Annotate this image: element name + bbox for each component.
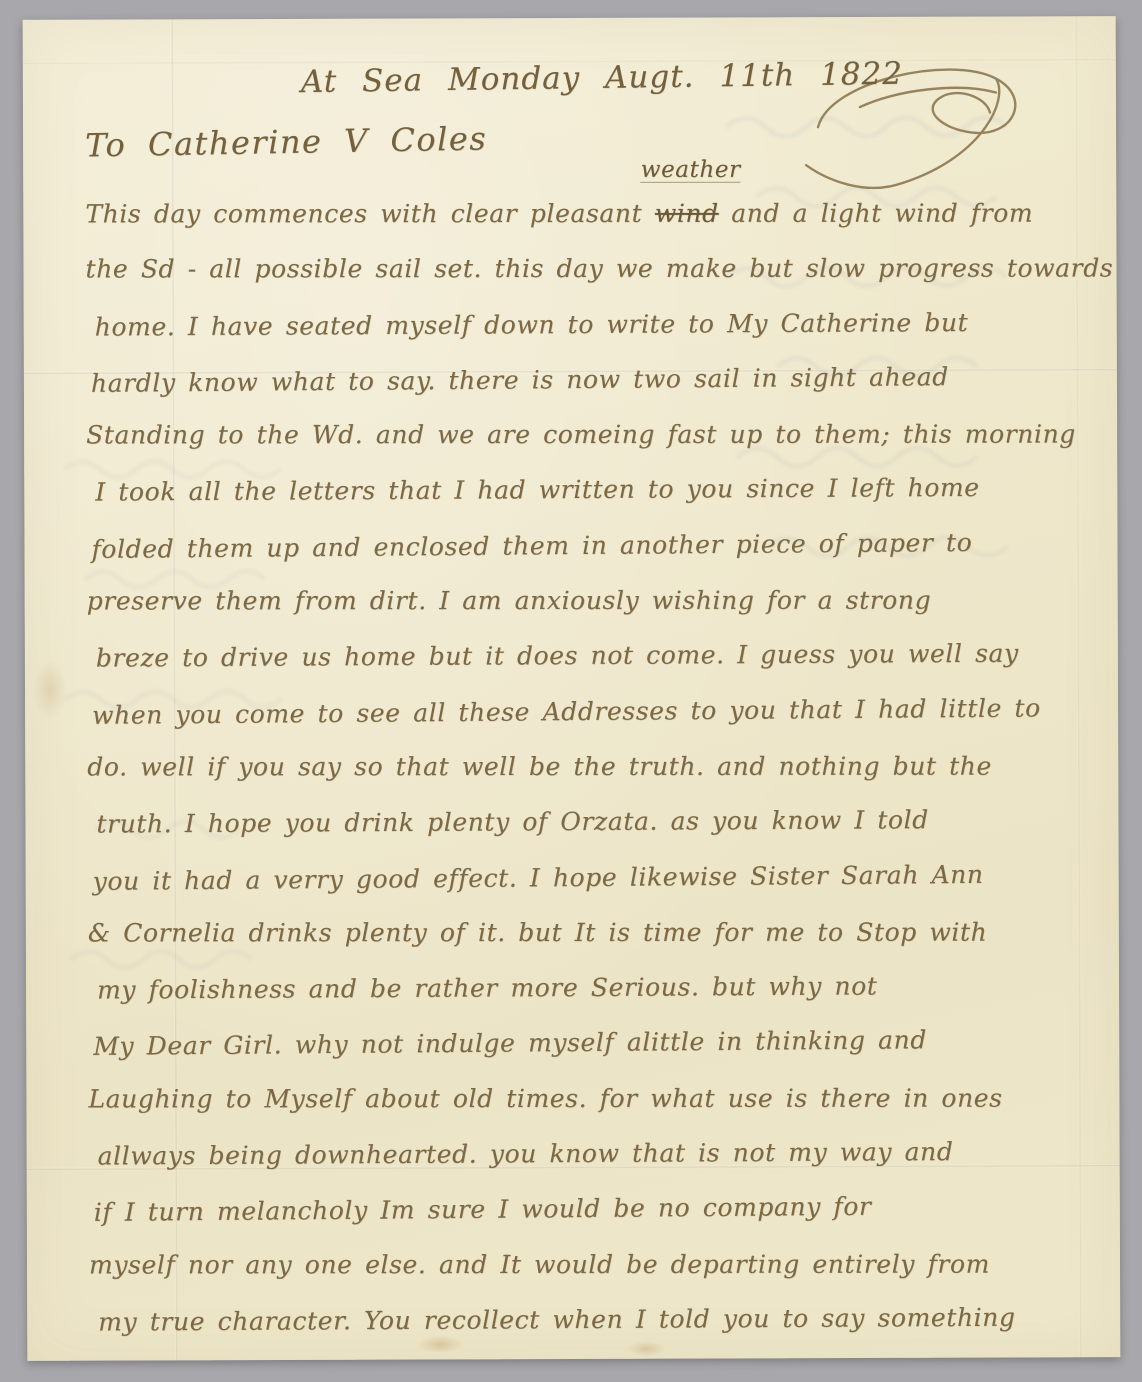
body-line: breze to drive us home but it does not c…	[96, 626, 1088, 686]
paper-stain	[33, 660, 67, 720]
letter-body: This day commences with clear pleasant w…	[83, 184, 1090, 1349]
body-line: My Dear Girl. why not indulge myself ali…	[93, 1011, 1089, 1074]
body-line: I took all the letters that I had writte…	[95, 460, 1087, 520]
letter-paper: At Sea Monday Augt. 11th 1822 To Catheri…	[23, 16, 1121, 1361]
body-line: Standing to the Wd. and we are comeing f…	[86, 407, 1087, 463]
body-line: if I turn melancholy Im sure I would be …	[94, 1177, 1090, 1240]
salutation: To Catherine V Coles	[85, 119, 488, 164]
body-line: allways being downhearted. you know that…	[97, 1123, 1089, 1183]
dateline: At Sea Monday Augt. 11th 1822	[301, 56, 904, 100]
line1-struck-word: wind	[655, 199, 719, 228]
body-line-first: This day commences with clear pleasant w…	[85, 186, 1086, 242]
body-line: you it had a verry good effect. I hope l…	[92, 846, 1088, 909]
body-line: folded them up and enclosed them in anot…	[91, 514, 1087, 577]
body-line: myself nor any one else. and It would be…	[89, 1236, 1090, 1292]
body-line: when you come to see all these Addresses…	[92, 680, 1088, 743]
scan-background: At Sea Monday Augt. 11th 1822 To Catheri…	[0, 0, 1142, 1382]
body-lines: the Sd - all possible sail set. this day…	[83, 239, 1090, 1348]
body-line: hardly know what to say. there is now tw…	[91, 348, 1087, 411]
body-line: preserve them from dirt. I am anxiously …	[87, 573, 1088, 629]
body-line: my foolishness and be rather more Seriou…	[97, 957, 1089, 1017]
line1-correction: windweather	[655, 186, 719, 241]
body-line: do. well if you say so that well be the …	[87, 738, 1088, 794]
line1-post-text: and a light wind from	[719, 199, 1033, 228]
body-line: home. I have seated myself down to write…	[95, 294, 1087, 354]
line1-inserted-word: weather	[641, 159, 741, 183]
body-line: Laughing to Myself about old times. for …	[88, 1070, 1089, 1126]
body-line: my true character. You recollect when I …	[98, 1289, 1090, 1349]
line1-pre-text: This day commences with clear pleasant	[85, 199, 655, 228]
body-line: & Cornelia drinks plenty of it. but It i…	[88, 904, 1089, 960]
body-line: the Sd - all possible sail set. this day…	[86, 241, 1087, 297]
body-line: truth. I hope you drink plenty of Orzata…	[96, 792, 1088, 852]
